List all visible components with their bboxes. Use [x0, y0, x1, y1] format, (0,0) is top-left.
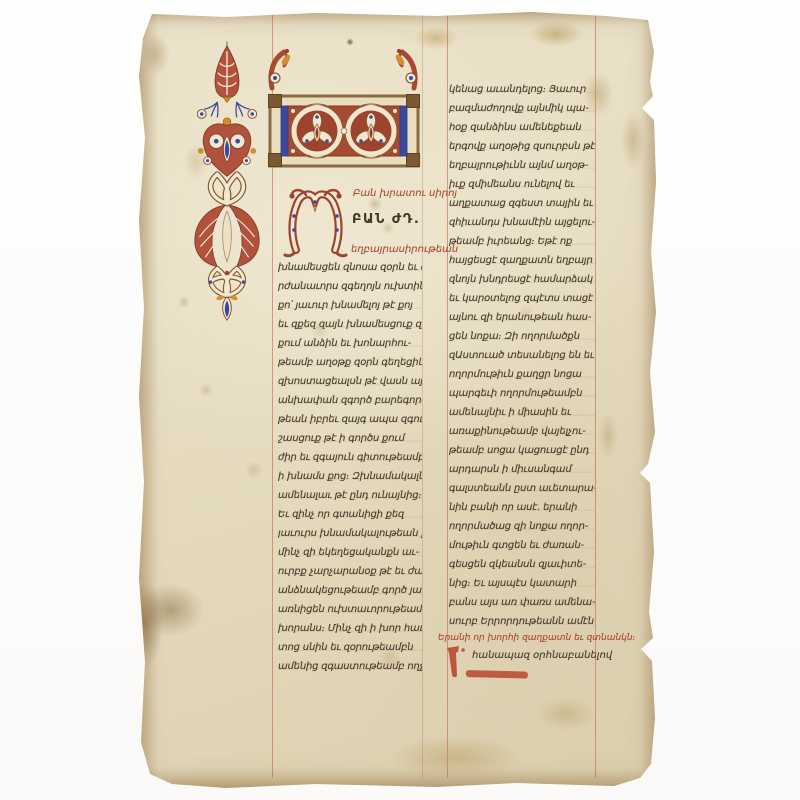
left-text-line: թեան իբրեւ զայգ ապա զգու- [278, 410, 422, 429]
left-text-line: խնամեսցեն զնոսա զօրն եւ զա- [278, 258, 422, 277]
initial-letter [282, 186, 350, 260]
left-text-line: քում անձին եւ խոնարհու- [278, 334, 422, 353]
right-text-line: իւք զմիմեանս ունելով եւ [449, 175, 595, 194]
right-text-line: սուրբ Երրորդութեանն ամէն [449, 612, 595, 631]
right-text-line: արդարսն ի միւսանգամ [449, 460, 595, 479]
right-rubric-line: Երանի որ խորհի զաղքատն եւ զտնանկն։ [438, 633, 636, 643]
right-text-line: առաքինութեամբ վայելչու- [449, 422, 595, 441]
right-text-line: բազմաժողովք այնմիկ պա- [449, 99, 595, 118]
right-column: կենաց աւանդելոց։ Յաւուրբազմաժողովք այնմի… [449, 80, 595, 631]
right-text-line: զնոյն խնդրեսցէ համարձակ [449, 270, 595, 289]
right-text-line: ողորմածաց զի նոքա ողոր- [449, 517, 595, 536]
left-text-line: զխոստացեալսն թէ վասն այնր [278, 372, 422, 391]
left-text-line: տոց սնին եւ զօրութեամբն [278, 638, 422, 657]
right-text-line: հօք զանձինս ամենեքեան [449, 118, 595, 137]
left-text-line: ամենալաւ թէ ընդ ունայնից։ [278, 486, 422, 505]
left-text-line: ի խնամս քոց։ Զխնամակալն [278, 467, 422, 486]
right-text-line: թեամբ իւրեանց։ Եթէ ոք [449, 232, 595, 251]
left-text-line: ամենից զգաստութեամբ ողջ [278, 657, 422, 676]
right-text-line: զհիւանդս խնամէին այցելու- [449, 213, 595, 232]
ruling-line-right-outer [595, 14, 596, 778]
right-text-line: այնու զի երանութեան հաս- [449, 308, 595, 327]
right-text-line: թեամբ սոցա կացուսցէ ընդ [449, 441, 595, 460]
left-text-line: թեամբ աղօթք զօրն գեղեցիկ [278, 353, 422, 372]
blue-tuft-icon [205, 102, 250, 117]
left-text-line: եւ զքեզ զայն խնամեսցուք զի [278, 315, 422, 334]
left-rubric-bottom: եղբայրասիրութեան [351, 244, 458, 255]
left-text-line: ժիր եւ զգայուն գիտութեամբ [278, 448, 422, 467]
right-text-line: ողորմութիւն քաղցր նոցա [449, 365, 595, 384]
right-text-line: ամենայնիւ ի միասին եւ [449, 403, 595, 422]
left-rubric-top: Բան խրատու սիրոյ [353, 188, 457, 199]
right-text-line: երգովք աղօթից զսուրբսն թէ [449, 137, 595, 156]
right-text-line: եղբայրութիւնն այնմ աղօթ- [449, 156, 595, 175]
left-text-line: մինչ զի եկեղեցականքն աւ- [278, 543, 422, 562]
right-text-line: զԱստուած տեսանելոց են եւ [449, 346, 595, 365]
right-text-line: նից։ Եւ այսպէս կատարի [449, 574, 595, 593]
corner-sprig-left-icon [266, 48, 292, 90]
right-text-line: գեսցեն զկեանսն զյաւիտե- [449, 555, 595, 574]
marginal-ornament [188, 42, 266, 324]
manuscript-leaf: Բան խրատու սիրոյ ԲԱՆ ԺԴ. եղբայրասիրութեա… [136, 12, 658, 788]
headpiece [268, 86, 420, 175]
left-text-line: շասցուք թէ ի գործս քում [278, 429, 422, 448]
left-text-line: րժանաւորս զգեղոյն ուխտին [278, 277, 422, 296]
right-text-line: պարգեւի ողորմութեամբն [449, 384, 595, 403]
right-text-line: գալստեանն ըստ աւետարա- [449, 479, 595, 498]
ruling-line-left-inner [422, 14, 423, 778]
left-text-line: յաւուրս խնամակալութեան քո [278, 524, 422, 543]
left-text-line: առնիցեն ուխտաւորութեամբ ի [278, 600, 422, 619]
rosette-right-icon [344, 104, 398, 158]
right-text-line: հայցեսցէ զաղքատն եղբայր [449, 251, 595, 270]
right-text-line: եւ կարօտելոց զպէտս տացէ [449, 289, 595, 308]
right-text-line: նին բանի որ ասէ. երանի [449, 498, 595, 517]
manuscript-photo: Բան խրատու սիրոյ ԲԱՆ ԺԴ. եղբայրասիրութեա… [0, 0, 800, 800]
left-column: խնամեսցեն զնոսա զօրն եւ զա-րժանաւորս զգե… [278, 258, 422, 676]
right-text-line: մութիւն գտցեն եւ ժառան- [449, 536, 595, 555]
colophon-mark-icon [444, 644, 534, 684]
corner-sprig-right-icon [394, 48, 420, 90]
left-text-line: խորանս։ Մինչ զի ի խոր հաւա- [278, 619, 422, 638]
right-text-line: ցեն նոքա։ Զի ողորմածքն [449, 327, 595, 346]
right-text-line: կենաց աւանդելոց։ Յաւուր [449, 80, 595, 99]
left-title: ԲԱՆ ԺԴ. [352, 212, 420, 227]
left-text-line: ուրբք չարչարանօք թէ եւ ժամ [278, 562, 422, 581]
left-text-line: անխափան զգործ բարեգործու- [278, 391, 422, 410]
left-text-line: քո՝ յաւուր խնամելոյ թէ քոյ [278, 296, 422, 315]
right-text-line: բանս այս առ փառս ամենա- [449, 593, 595, 612]
left-text-line: անձնակեցութեամբ գործ յար [278, 581, 422, 600]
rosette-left-icon [290, 104, 344, 158]
right-text-line: աղքատաց զգեստ տային եւ [449, 194, 595, 213]
left-text-line: Եւ զինչ որ գտանիցի քեզ [278, 505, 422, 524]
